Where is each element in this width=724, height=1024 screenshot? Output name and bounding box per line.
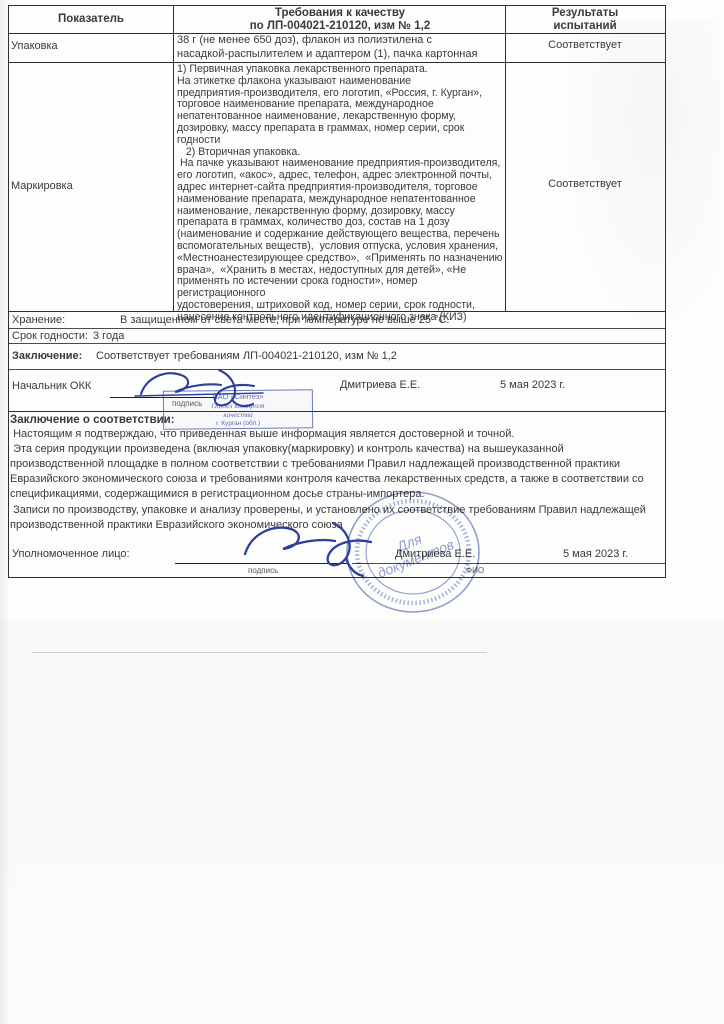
okk-head-signature-icon (133, 366, 283, 410)
row-marking-label: Маркировка (11, 180, 171, 194)
row-marking-requirement: 1) Первичная упаковка лекарственного пре… (177, 64, 505, 324)
storage-label: Хранение: (12, 314, 65, 328)
okk-head-label: Начальник ОКК (12, 380, 91, 394)
table-border-right (665, 5, 666, 578)
okk-head-name: Дмитриева Е.Е. (340, 379, 420, 393)
row-packaging-requirement: 38 г (не менее 650 доз), флакон из полиэ… (177, 34, 503, 61)
conformity-paragraph-2: Эта серия продукции произведена (включая… (10, 442, 665, 502)
table-line (8, 328, 666, 329)
header-requirements: Требования к качеству по ЛП-004021-21012… (177, 7, 503, 33)
authorized-date: 5 мая 2023 г. (563, 548, 628, 562)
row-packaging-result: Соответствует (507, 39, 663, 53)
conclusion-label: Заключение: (12, 350, 82, 364)
shelf-life-value: 3 года (93, 330, 124, 344)
row-packaging-label: Упаковка (11, 40, 171, 54)
table-border-left (8, 5, 9, 578)
row-marking-result: Соответствует (507, 178, 663, 192)
conformity-paragraph-1: Настоящим я подтверждаю, что приведенная… (10, 427, 665, 442)
table-column-line (505, 5, 506, 311)
bleed-through-line (32, 652, 487, 653)
table-border-top (8, 5, 666, 6)
okk-head-date: 5 мая 2023 г. (500, 379, 565, 393)
table-column-line (173, 5, 174, 311)
conformity-title: Заключение о соответствии: (10, 413, 175, 427)
shelf-life-label: Срок годности: (12, 330, 88, 344)
header-indicator: Показатель (10, 12, 172, 26)
scanned-quality-document: Показатель Требования к качеству по ЛП-0… (0, 0, 724, 1024)
conclusion-value: Соответствует требованиям ЛП-004021-2101… (96, 350, 397, 364)
table-line (8, 369, 666, 370)
authorized-signature-icon (235, 516, 405, 578)
table-line (8, 411, 666, 412)
authorized-label: Уполномоченное лицо: (12, 548, 130, 562)
storage-value: В защищенном от света месте, при темпера… (120, 314, 450, 328)
scan-smudge (0, 620, 724, 1024)
header-results: Результаты испытаний (507, 7, 663, 33)
